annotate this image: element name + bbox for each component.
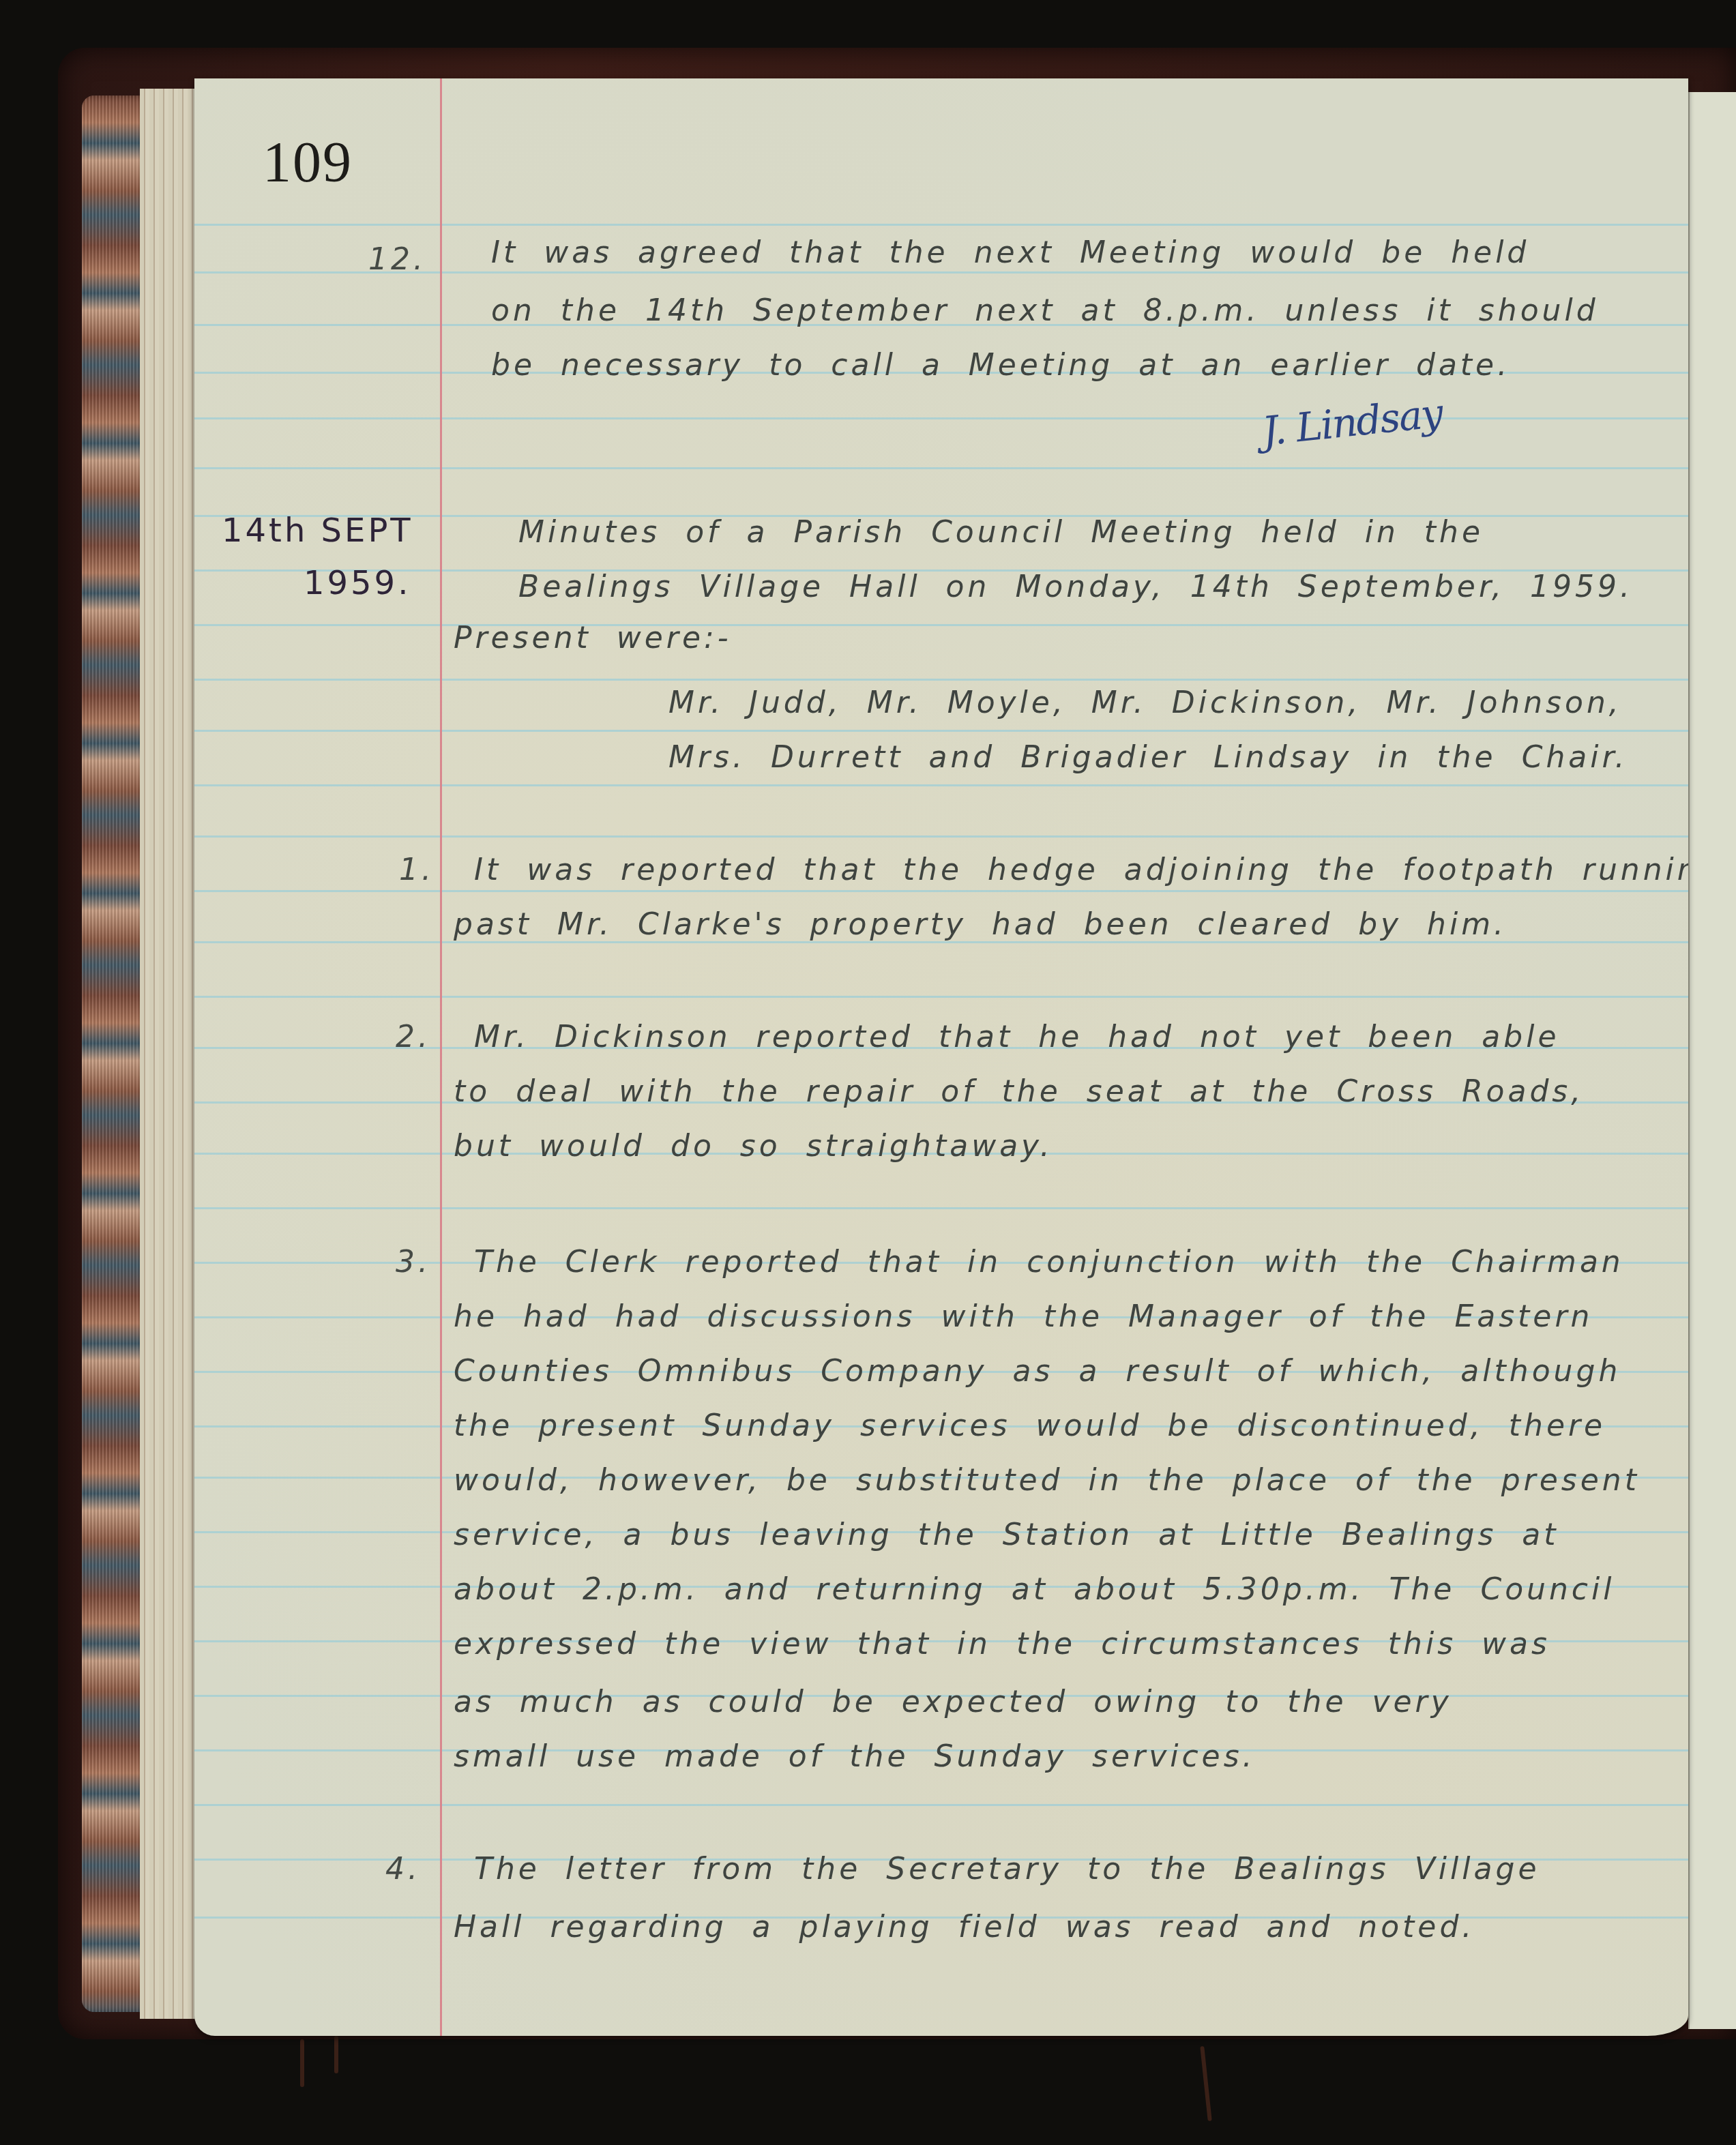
item-line: The Clerk reported that in conjunction w… (474, 1245, 1624, 1279)
attendees-line: Mrs. Durrett and Brigadier Lindsay in th… (668, 740, 1628, 775)
meeting-heading-line: Minutes of a Parish Council Meeting held… (518, 515, 1484, 550)
item-line: expressed the view that in the circumsta… (454, 1627, 1550, 1661)
item-line: to deal with the repair of the seat at t… (454, 1074, 1584, 1109)
item-line: would, however, be substituted in the pl… (454, 1463, 1640, 1498)
bookmark-thread (334, 2036, 338, 2073)
meeting-date-margin: 14th SEPT (222, 512, 413, 550)
page-number: 109 (263, 130, 353, 196)
chairman-signature: J. Lindsay (1260, 389, 1444, 454)
item-line: small use made of the Sunday services. (454, 1739, 1256, 1774)
attendees-line: Mr. Judd, Mr. Moyle, Mr. Dickinson, Mr. … (668, 685, 1622, 720)
item-number: 3. (396, 1245, 431, 1279)
facing-page-edge (1688, 92, 1736, 2029)
item-line: Hall regarding a playing field was read … (454, 1910, 1475, 1944)
present-label: Present were:- (454, 621, 732, 655)
item-line: past Mr. Clarke's property had been clea… (454, 907, 1507, 942)
item-line: It was agreed that the next Meeting woul… (491, 235, 1529, 270)
item-number: 2. (396, 1020, 431, 1054)
item-line: he had had discussions with the Manager … (454, 1299, 1593, 1334)
meeting-year-margin: 1959. (304, 564, 411, 602)
item-line: as much as could be expected owing to th… (454, 1685, 1452, 1719)
page-stack (140, 89, 201, 2019)
item-number: 4. (385, 1852, 421, 1887)
item-line: the present Sunday services would be dis… (454, 1408, 1606, 1443)
item-number: 1. (399, 853, 435, 887)
item-line: but would do so straightaway. (454, 1129, 1053, 1164)
item-line: The letter from the Secretary to the Bea… (474, 1852, 1540, 1887)
margin-rule (440, 78, 442, 2036)
item-number: 12. (368, 242, 426, 277)
item-line: Counties Omnibus Company as a result of … (454, 1354, 1621, 1389)
meeting-heading-line: Bealings Village Hall on Monday, 14th Se… (518, 569, 1633, 604)
item-line: on the 14th September next at 8.p.m. unl… (491, 293, 1599, 328)
ledger-page: 109 12. It was agreed that the next Meet… (194, 78, 1688, 2036)
item-line: service, a bus leaving the Station at Li… (454, 1518, 1559, 1552)
item-line: Mr. Dickinson reported that he had not y… (474, 1020, 1560, 1054)
item-line: It was reported that the hedge adjoining… (474, 853, 1688, 887)
bookmark-thread (300, 2039, 304, 2087)
bookmark-thread (1200, 2046, 1211, 2121)
item-line: be necessary to call a Meeting at an ear… (491, 348, 1510, 383)
item-line: about 2.p.m. and returning at about 5.30… (454, 1572, 1615, 1607)
